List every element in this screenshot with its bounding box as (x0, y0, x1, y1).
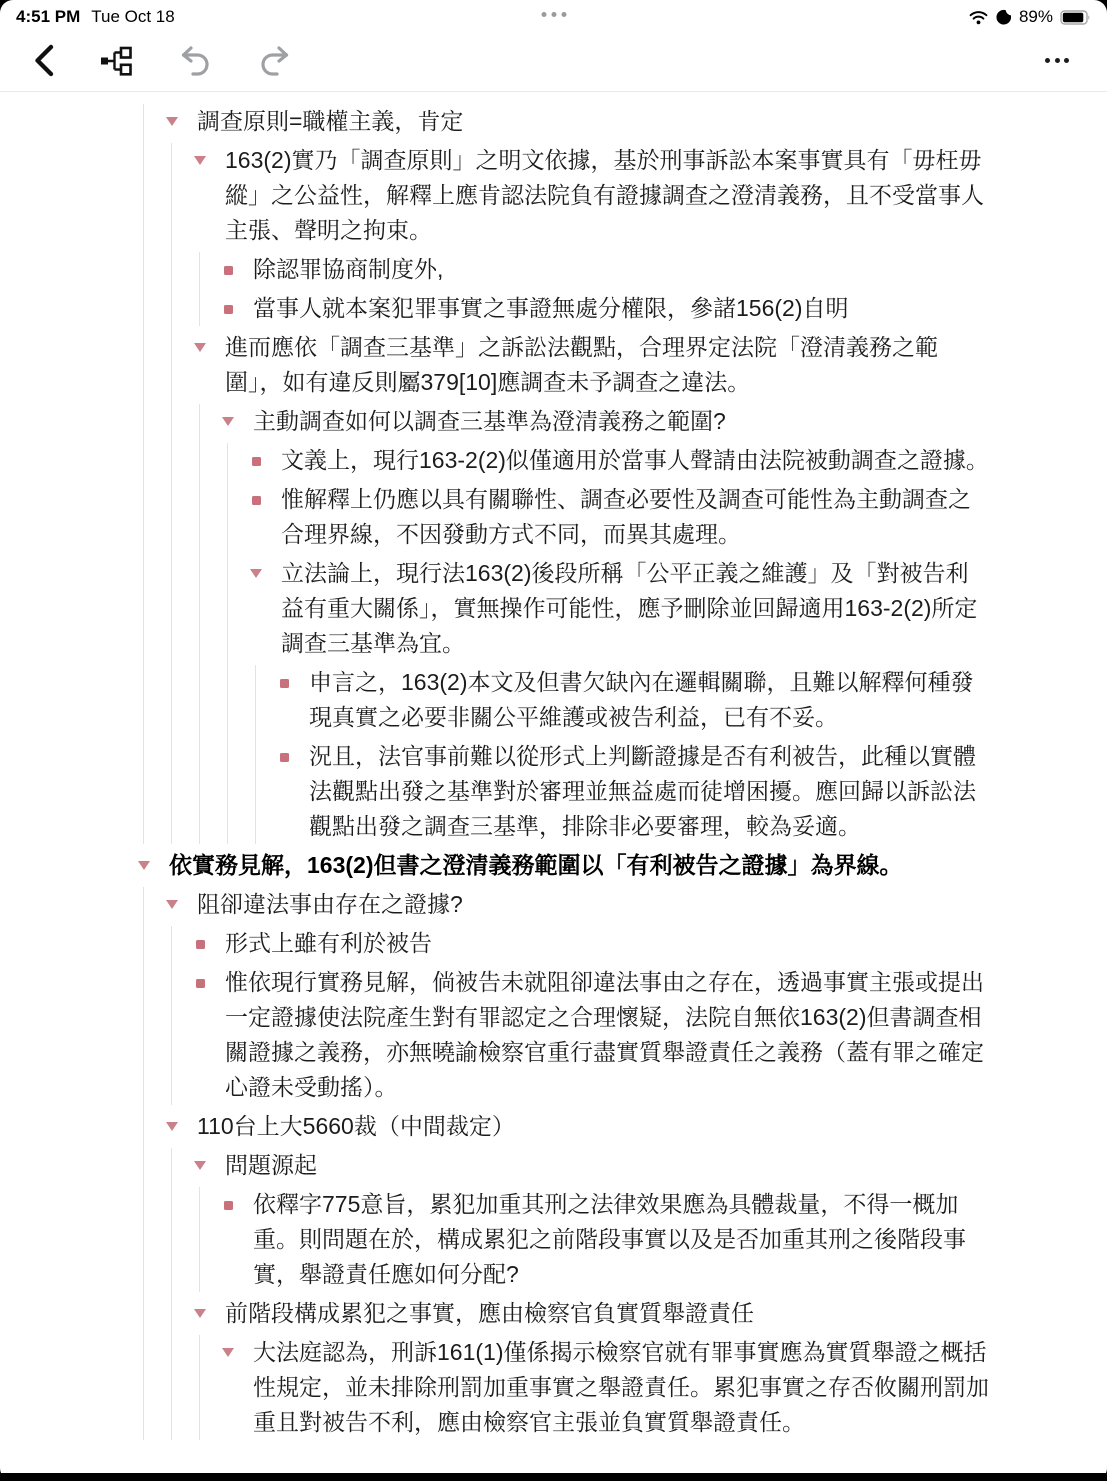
undo-button[interactable] (179, 45, 213, 76)
outline-item-text[interactable]: 大法庭認為，刑訴161(1)僅係揭示檢察官就有罪事實應為實質舉證之概括性規定，並… (242, 1335, 990, 1440)
outline-item[interactable]: 除認罪協商制度外, (214, 252, 990, 287)
square-bullet-icon[interactable] (214, 1187, 242, 1292)
indent-guide: 形式上雖有利於被告惟依現行實務見解，倘被告未就阻卻違法事由之存在，透過事實主張或… (171, 926, 990, 1105)
outline-item[interactable]: 前階段構成累犯之事實，應由檢察官負實質舉證責任 (186, 1296, 990, 1331)
indent-guide: 163(2)實乃「調查原則」之明文依據，基於刑事訴訟本案事實具有「毋枉毋縱」之公… (171, 143, 990, 844)
square-bullet-icon[interactable] (242, 482, 270, 552)
outline-item-text[interactable]: 調查原則=職權主義，肯定 (186, 104, 990, 139)
clock-time: 4:51 PM (16, 7, 80, 27)
triangle-bullet-icon[interactable] (186, 330, 214, 400)
outline: 調查原則=職權主義，肯定163(2)實乃「調查原則」之明文依據，基於刑事訴訟本案… (130, 98, 990, 1481)
outline-item[interactable]: 163(2)實乃「調查原則」之明文依據，基於刑事訴訟本案事實具有「毋枉毋縱」之公… (186, 143, 990, 248)
redo-icon (257, 45, 291, 76)
indent-guide: 依釋字775意旨，累犯加重其刑之法律效果應為具體裁量，不得一概加重。則問題在於，… (199, 1187, 990, 1292)
outline-item-text[interactable]: 163(2)實乃「調查原則」之明文依據，基於刑事訴訟本案事實具有「毋枉毋縱」之公… (214, 143, 990, 248)
outline-item[interactable]: 主動調查如何以調查三基準為澄清義務之範圍? (214, 404, 990, 439)
toolbar (0, 30, 1107, 92)
outline-item[interactable]: 依釋字775意旨，累犯加重其刑之法律效果應為具體裁量，不得一概加重。則問題在於，… (214, 1187, 990, 1292)
indent-guide: 申言之，163(2)本文及但書欠缺內在邏輯關聯，且難以解釋何種發現真實之必要非關… (255, 665, 990, 844)
outline-item[interactable]: 當事人就本案犯罪事實之事證無處分權限，參諸156(2)自明 (214, 291, 990, 326)
more-button[interactable] (1045, 58, 1069, 63)
square-bullet-icon[interactable] (242, 443, 270, 478)
outline-item[interactable]: 文義上，現行163-2(2)似僅適用於當事人聲請由法院被動調查之證據。 (242, 443, 990, 478)
square-bullet-icon[interactable] (186, 965, 214, 1105)
outline-item-text[interactable]: 文義上，現行163-2(2)似僅適用於當事人聲請由法院被動調查之證據。 (270, 443, 990, 478)
outline-item-text[interactable]: 問題源起 (214, 1148, 990, 1183)
outline-item[interactable]: 況且，法官事前難以從形式上判斷證據是否有利被告，此種以實體法觀點出發之基準對於審… (270, 739, 990, 844)
dnd-moon-icon (995, 9, 1012, 26)
status-date: Tue Oct 18 (91, 7, 174, 27)
outline-item[interactable]: 惟依現行實務見解，倘被告未就阻卻違法事由之存在，透過事實主張或提出一定證據使法院… (186, 965, 990, 1105)
battery-percent-label: 89% (1019, 7, 1053, 27)
outline-item[interactable]: 依實務見解，163(2)但書之澄清義務範圍以「有利被告之證據」為界線。 (130, 848, 990, 883)
outline-item-text[interactable]: 110台上大5660裁（中間裁定） (186, 1109, 990, 1144)
outline-item-text[interactable]: 依實務見解，163(2)但書之澄清義務範圍以「有利被告之證據」為界線。 (158, 848, 990, 883)
outline-item-text[interactable]: 況且，法官事前難以從形式上判斷證據是否有利被告，此種以實體法觀點出發之基準對於審… (298, 739, 990, 844)
outline-item[interactable]: 申言之，163(2)本文及但書欠缺內在邏輯關聯，且難以解釋何種發現真實之必要非關… (270, 665, 990, 735)
triangle-bullet-icon[interactable] (242, 556, 270, 661)
outline-item-text[interactable]: 立法論上，現行法163(2)後段所稱「公平正義之維護」及「對被告利益有重大關係」… (270, 556, 990, 661)
indent-guide: 大法庭認為，刑訴161(1)僅係揭示檢察官就有罪事實應為實質舉證之概括性規定，並… (199, 1335, 990, 1440)
outline-item[interactable]: 大法庭認為，刑訴161(1)僅係揭示檢察官就有罪事實應為實質舉證之概括性規定，並… (214, 1335, 990, 1440)
battery-icon (1060, 10, 1091, 25)
indent-guide: 文義上，現行163-2(2)似僅適用於當事人聲請由法院被動調查之證據。惟解釋上仍… (227, 443, 990, 844)
outline-item[interactable]: 形式上雖有利於被告 (186, 926, 990, 961)
outline-item[interactable]: 阻卻違法事由存在之證據? (158, 887, 990, 922)
outline-item-text[interactable]: 惟依現行實務見解，倘被告未就阻卻違法事由之存在，透過事實主張或提出一定證據使法院… (214, 965, 990, 1105)
indent-guide: 主動調查如何以調查三基準為澄清義務之範圍?文義上，現行163-2(2)似僅適用於… (199, 404, 990, 844)
indent-guide: 問題源起依釋字775意旨，累犯加重其刑之法律效果應為具體裁量，不得一概加重。則問… (171, 1148, 990, 1440)
outline-item-text[interactable]: 前階段構成累犯之事實，應由檢察官負實質舉證責任 (214, 1296, 990, 1331)
outline-item-text[interactable]: 除認罪協商制度外, (242, 252, 990, 287)
triangle-bullet-icon[interactable] (158, 1109, 186, 1144)
triangle-bullet-icon[interactable] (186, 1296, 214, 1331)
outline-item-text[interactable]: 主動調查如何以調查三基準為澄清義務之範圍? (242, 404, 990, 439)
mindmap-view-button[interactable] (99, 45, 133, 77)
undo-icon (179, 45, 213, 76)
outline-item[interactable]: 立法論上，現行法163(2)後段所稱「公平正義之維護」及「對被告利益有重大關係」… (242, 556, 990, 661)
outline-item[interactable]: 進而應依「調查三基準」之訴訟法觀點，合理界定法院「澄清義務之範圍」，如有違反則屬… (186, 330, 990, 400)
square-bullet-icon[interactable] (270, 739, 298, 844)
triangle-bullet-icon[interactable] (130, 848, 158, 883)
outline-item[interactable]: 惟解釋上仍應以具有關聯性、調查必要性及調查可能性為主動調查之合理界線，不因發動方… (242, 482, 990, 552)
square-bullet-icon[interactable] (270, 665, 298, 735)
redo-button[interactable] (257, 45, 291, 76)
multitasking-dots-icon[interactable] (541, 12, 566, 17)
square-bullet-icon[interactable] (214, 291, 242, 326)
screen-bottom-edge (0, 1473, 1107, 1481)
outline-item[interactable]: 110台上大5660裁（中間裁定） (158, 1109, 990, 1144)
wifi-icon (969, 10, 988, 25)
indent-guide: 阻卻違法事由存在之證據?形式上雖有利於被告惟依現行實務見解，倘被告未就阻卻違法事… (143, 887, 990, 1440)
outline-item-text[interactable]: 當事人就本案犯罪事實之事證無處分權限，參諸156(2)自明 (242, 291, 990, 326)
triangle-bullet-icon[interactable] (214, 1335, 242, 1440)
square-bullet-icon[interactable] (214, 252, 242, 287)
triangle-bullet-icon[interactable] (158, 887, 186, 922)
outline-item-text[interactable]: 惟解釋上仍應以具有關聯性、調查必要性及調查可能性為主動調查之合理界線，不因發動方… (270, 482, 990, 552)
triangle-bullet-icon[interactable] (158, 104, 186, 139)
indent-guide: 除認罪協商制度外,當事人就本案犯罪事實之事證無處分權限，參諸156(2)自明 (199, 252, 990, 326)
outline-item-text[interactable]: 形式上雖有利於被告 (214, 926, 990, 961)
chevron-left-icon (32, 44, 55, 77)
status-bar: 4:51 PM Tue Oct 18 89% (0, 0, 1107, 30)
outline-item-text[interactable]: 申言之，163(2)本文及但書欠缺內在邏輯關聯，且難以解釋何種發現真實之必要非關… (298, 665, 990, 735)
triangle-bullet-icon[interactable] (186, 143, 214, 248)
triangle-bullet-icon[interactable] (186, 1148, 214, 1183)
outline-item-text[interactable]: 進而應依「調查三基準」之訴訟法觀點，合理界定法院「澄清義務之範圍」，如有違反則屬… (214, 330, 990, 400)
triangle-bullet-icon[interactable] (214, 404, 242, 439)
square-bullet-icon[interactable] (186, 926, 214, 961)
back-button[interactable] (32, 44, 55, 77)
mindmap-icon (99, 45, 133, 77)
indent-guide: 調查原則=職權主義，肯定163(2)實乃「調查原則」之明文依據，基於刑事訴訟本案… (143, 104, 990, 844)
outline-item[interactable]: 問題源起 (186, 1148, 990, 1183)
outline-item-text[interactable]: 阻卻違法事由存在之證據? (186, 887, 990, 922)
outline-item[interactable]: 調查原則=職權主義，肯定 (158, 104, 990, 139)
outline-item-text[interactable]: 依釋字775意旨，累犯加重其刑之法律效果應為具體裁量，不得一概加重。則問題在於，… (242, 1187, 990, 1292)
